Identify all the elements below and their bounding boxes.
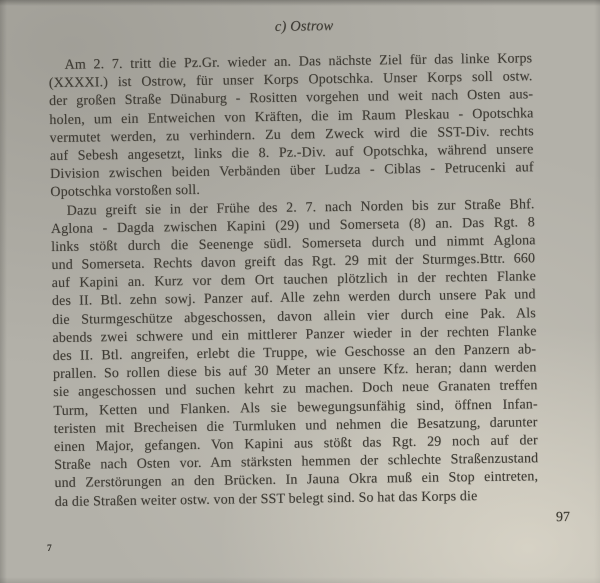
page-content: c) Ostrow Am 2. 7. tritt die Pz.Gr. wied… — [48, 15, 539, 511]
page-number: 97 — [556, 510, 570, 526]
paragraph: Dazu greift sie in der Frühe des 2. 7. n… — [51, 196, 539, 512]
signature-mark: 7 — [47, 544, 52, 554]
book-page-photo: c) Ostrow Am 2. 7. tritt die Pz.Gr. wied… — [0, 0, 600, 583]
section-heading: c) Ostrow — [62, 15, 546, 40]
paragraph: Am 2. 7. tritt die Pz.Gr. wieder an. Das… — [48, 50, 534, 202]
body-text: Am 2. 7. tritt die Pz.Gr. wieder an. Das… — [48, 50, 538, 511]
